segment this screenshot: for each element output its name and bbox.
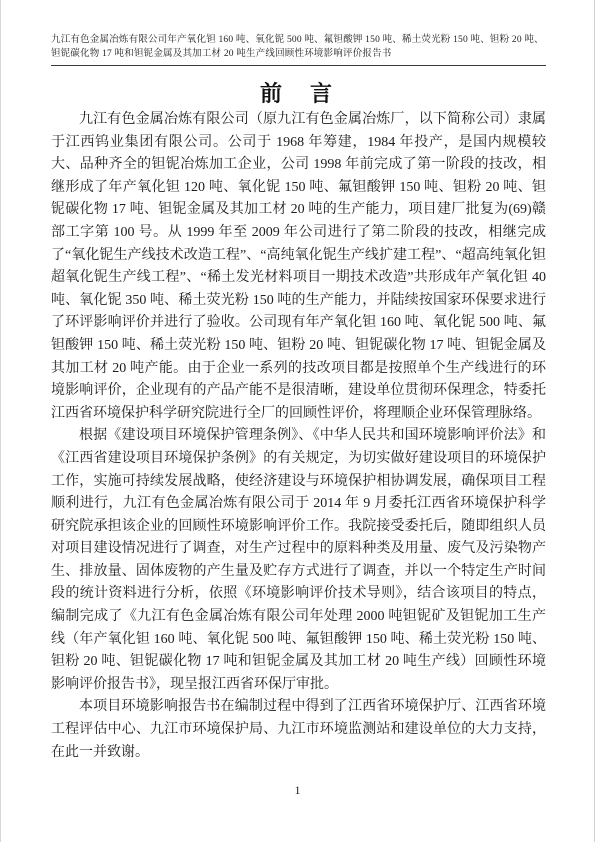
paragraph-3: 本项目环境影响报告书在编制过程中得到了江西省环境保护厅、江西省环境工程评估中心、… [51, 696, 546, 764]
header-line-2: 钽铌碳化物 17 吨和钽铌金属及其加工材 20 吨生产线回顾性环境影响评价报告书 [51, 47, 546, 61]
page-number: 1 [1, 783, 594, 798]
document-page: 九江有色金属冶炼有限公司年产氧化钽 160 吨、氧化铌 500 吨、氟钽酸钾 1… [0, 0, 595, 842]
header-line-1: 九江有色金属冶炼有限公司年产氧化钽 160 吨、氧化铌 500 吨、氟钽酸钾 1… [51, 33, 546, 47]
document-body: 九江有色金属冶炼有限公司（原九江有色金属冶炼厂，以下简称公司）隶属于江西钨业集团… [51, 109, 546, 764]
page-title: 前 言 [1, 77, 594, 108]
paragraph-2: 根据《建设项目环境保护管理条例》、《中华人民共和国环境影响评价法》和《江西省建设… [51, 425, 546, 696]
paragraph-1: 九江有色金属冶炼有限公司（原九江有色金属冶炼厂，以下简称公司）隶属于江西钨业集团… [51, 109, 546, 425]
page-header: 九江有色金属冶炼有限公司年产氧化钽 160 吨、氧化铌 500 吨、氟钽酸钾 1… [51, 33, 546, 66]
